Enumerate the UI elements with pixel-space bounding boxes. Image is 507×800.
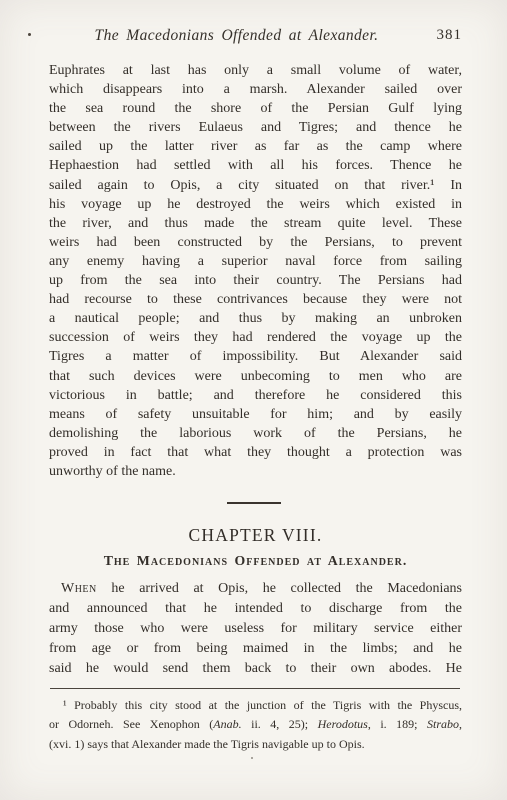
- text-run: ii. 4, 25);: [242, 717, 318, 731]
- footnote: ¹ Probably this city stood at the juncti…: [49, 696, 462, 754]
- text-line: army those who were useless for military…: [49, 619, 462, 639]
- italic-run: Strabo: [427, 717, 459, 731]
- chapter-heading: CHAPTER VIII.: [49, 525, 462, 546]
- text-line: the river, and thus made the stream quit…: [49, 214, 462, 233]
- text-line: said he would send them back to their ow…: [49, 659, 462, 679]
- running-title: The Macedonians Offended at Alexander.: [49, 27, 424, 45]
- text-line: Euphrates at last has only a small volum…: [49, 61, 462, 80]
- text-line: sailed again to Opis, a city situated on…: [49, 176, 462, 195]
- page-number: 381: [437, 27, 463, 44]
- paragraph-continuation: Euphrates at last has only a small volum…: [49, 61, 462, 481]
- text-line: succession of weirs they had rendered th…: [49, 328, 462, 347]
- smallcaps-run: When: [61, 581, 97, 596]
- text-line: unworthy of the name.: [49, 462, 462, 481]
- text-line: or Odorneh. See Xenophon (Anab. ii. 4, 2…: [49, 715, 462, 734]
- text-line: Hephaestion had settled with all his for…: [49, 156, 462, 175]
- text-line: means of safety unsuitable for him; and …: [49, 405, 462, 424]
- text-run: ,: [459, 717, 462, 731]
- section-divider: [227, 502, 281, 504]
- scan-speck: [28, 33, 31, 36]
- text-line: ¹ Probably this city stood at the juncti…: [49, 696, 462, 715]
- text-run: , i. 189;: [368, 717, 427, 731]
- text-line: victorious in battle; and therefore he c…: [49, 386, 462, 405]
- chapter-subheading: The Macedonians Offended at Alexander.: [49, 553, 462, 569]
- text-line: a nautical people; and thus by making an…: [49, 309, 462, 328]
- running-header: The Macedonians Offended at Alexander. 3…: [49, 27, 462, 47]
- text-run: or Odorneh. See Xenophon (: [49, 717, 213, 731]
- text-run: he arrived at Opis, he collected the Mac…: [97, 581, 462, 596]
- text-line: any enemy having a superior naval force …: [49, 252, 462, 271]
- text-line: which disappears into a marsh. Alexander…: [49, 80, 462, 99]
- text-line: between the rivers Eulaeus and Tigres; a…: [49, 118, 462, 137]
- text-line: the sea round the shore of the Persian G…: [49, 99, 462, 118]
- text-line: proved in fact that what they thought a …: [49, 443, 462, 462]
- text-run: ¹ Probably this city stood at the juncti…: [63, 698, 462, 712]
- text-line: Tigres a matter of impossibility. But Al…: [49, 347, 462, 366]
- italic-run: Herodotus: [318, 717, 368, 731]
- scan-speck: [251, 757, 253, 759]
- italic-run: Anab.: [213, 717, 241, 731]
- text-line: weirs had been constructed by the Persia…: [49, 233, 462, 252]
- book-page: The Macedonians Offended at Alexander. 3…: [0, 0, 507, 800]
- text-line: his voyage up he destroyed the weirs whi…: [49, 195, 462, 214]
- paragraph-chapter-opening: When he arrived at Opis, he collected th…: [49, 579, 462, 679]
- text-line: and announced that he intended to discha…: [49, 599, 462, 619]
- text-run: (xvi. 1) says that Alexander made the Ti…: [49, 737, 365, 751]
- text-line: that such devices were unbecoming to men…: [49, 367, 462, 386]
- footnote-rule: [50, 688, 460, 689]
- text-line: demolishing the laborious work of the Pe…: [49, 424, 462, 443]
- text-line: When he arrived at Opis, he collected th…: [49, 579, 462, 599]
- text-line: sailed up the latter river as far as the…: [49, 137, 462, 156]
- text-line: had recourse to these contrivances becau…: [49, 290, 462, 309]
- text-line: from age or from being maimed in the lim…: [49, 639, 462, 659]
- text-line: up from the sea into their country. The …: [49, 271, 462, 290]
- text-line: (xvi. 1) says that Alexander made the Ti…: [49, 735, 462, 754]
